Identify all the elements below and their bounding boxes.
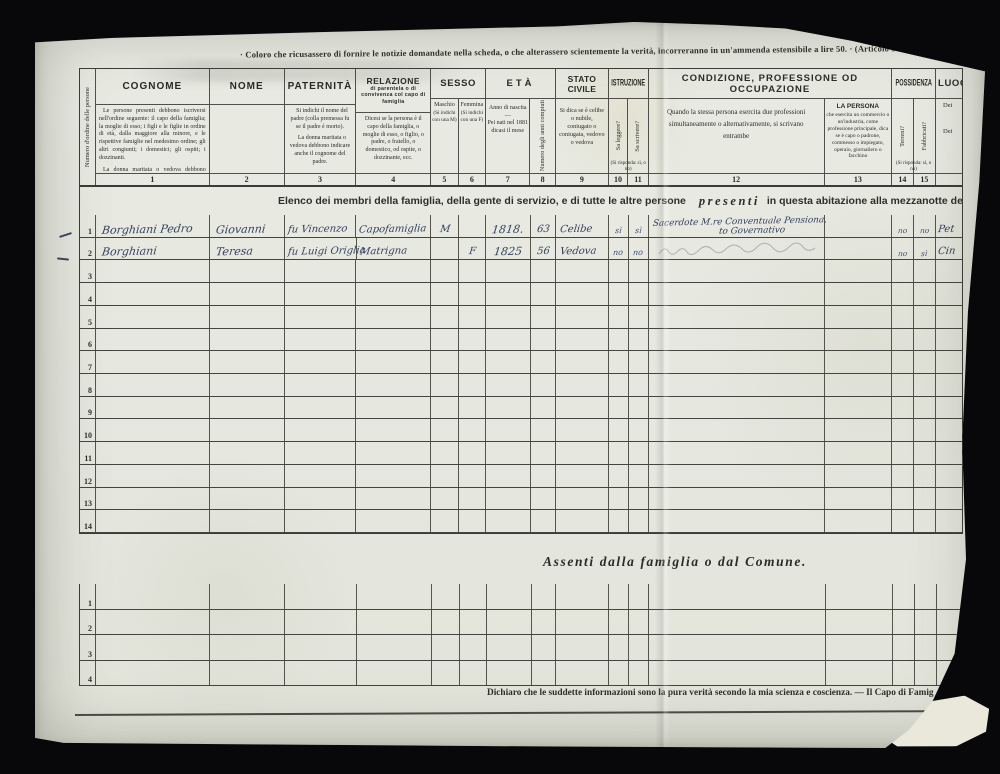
cell-fabbricati: sì — [914, 238, 936, 260]
handwritten-nome: Giovanni — [209, 223, 266, 235]
cell-terreni — [893, 610, 915, 635]
cell-cognome — [96, 610, 210, 635]
assenti-rows: 1234 — [80, 584, 963, 686]
la-persona-colnum: 13 — [825, 173, 892, 185]
row-number-cell: 1 — [80, 584, 96, 609]
cell-luogo — [936, 260, 962, 282]
cell-terreni: no — [892, 238, 914, 260]
cell-f — [460, 661, 487, 686]
cell-nome — [210, 610, 285, 635]
cell-cond — [649, 635, 826, 660]
cell-cognome — [96, 374, 210, 396]
fabbricati-label: Fabbricati? — [921, 122, 928, 150]
table-row: 3 — [80, 260, 962, 283]
cell-cognome — [96, 442, 210, 464]
cell-f — [460, 584, 487, 609]
penalty-warning-text: · Coloro che ricusassero di fornire le n… — [240, 42, 982, 59]
cell-cognome: Borghiani Pedro — [96, 215, 210, 237]
census-table: Numero d'ordine delle persone COGNOME Le… — [79, 68, 963, 534]
cell-paternita — [285, 397, 357, 419]
fabbricati-colnum: 15 — [914, 173, 935, 185]
cell-anno — [486, 351, 531, 373]
cell-nome — [210, 397, 285, 419]
cell-nome — [210, 374, 285, 396]
cell-f — [459, 442, 486, 464]
cell-persona — [825, 260, 892, 282]
handwritten-m: M — [439, 225, 450, 235]
declaration-text: Dichiaro che le suddette informazioni so… — [487, 688, 965, 698]
cell-stato — [556, 465, 609, 487]
cell-cognome — [96, 283, 210, 305]
cell-anno: 1825 — [486, 238, 531, 260]
cell-cond — [649, 510, 826, 532]
anno-nascita-l2: Pei nati nel 1881 dicasi il mese — [487, 120, 528, 135]
cell-paternita — [285, 442, 357, 464]
cell-legge: sì — [609, 215, 629, 237]
subcol-sa-leggere: Sa leggere? 10 — [609, 99, 628, 185]
cell-anni — [531, 351, 556, 373]
cell-scrive — [629, 397, 649, 419]
census-sheet-page: · Coloro che ricusassero di fornire le n… — [35, 22, 985, 748]
cell-stato — [556, 510, 609, 532]
cell-stato — [556, 374, 609, 396]
cell-nome — [210, 283, 285, 305]
cell-cognome — [96, 329, 210, 351]
cell-anni — [531, 329, 556, 351]
cell-stato — [556, 351, 609, 373]
cell-paternita — [285, 283, 357, 305]
cell-anni — [531, 488, 556, 510]
cell-fabbricati — [914, 442, 936, 464]
row-number-cell: 4 — [80, 283, 96, 305]
cell-legge — [609, 488, 629, 510]
cell-legge — [609, 661, 629, 686]
sesso-title: SESSO — [431, 69, 485, 99]
cell-persona — [825, 329, 892, 351]
cell-cond — [649, 306, 826, 328]
cell-terreni — [892, 306, 914, 328]
cell-persona — [825, 283, 892, 305]
cell-m — [431, 465, 459, 487]
stato-civile-colnum: 9 — [556, 173, 608, 185]
cell-anni — [532, 584, 557, 609]
cell-fabbricati — [915, 610, 937, 635]
cell-luogo — [936, 374, 962, 396]
cell-relazione — [356, 283, 431, 305]
relazione-colnum: 4 — [356, 173, 430, 185]
cell-m — [431, 374, 459, 396]
cell-f — [459, 488, 486, 510]
maschio-colnum: 5 — [431, 173, 457, 185]
maschio-note: (Si indichi con una M) — [432, 110, 456, 124]
cell-stato — [556, 635, 609, 660]
cell-legge — [609, 260, 629, 282]
cell-fabbricati — [914, 260, 936, 282]
cell-anni: 63 — [531, 215, 556, 237]
cell-f — [460, 635, 487, 660]
col-header-condizione: CONDIZIONE, PROFESSIONE OD OCCUPAZIONE Q… — [649, 69, 892, 185]
col-header-stato-civile: STATO CIVILE Si dica se è celibe o nubil… — [556, 69, 609, 185]
cell-m: M — [431, 215, 459, 237]
table-row: 10 — [80, 419, 962, 442]
cell-cond — [649, 374, 826, 396]
cell-anno — [486, 260, 531, 282]
paternita-desc-2: La donna maritata o vedova debbono indic… — [288, 135, 353, 166]
cognome-colnum: 1 — [96, 173, 209, 185]
cell-terreni: no — [892, 215, 914, 237]
cell-luogo: Cin — [936, 238, 962, 260]
cell-scrive — [629, 283, 649, 305]
cell-f — [459, 260, 486, 282]
cell-anno — [486, 283, 531, 305]
cell-f — [459, 329, 486, 351]
cell-relazione — [356, 488, 431, 510]
cell-fabbricati — [914, 306, 936, 328]
cell-cognome — [96, 488, 210, 510]
cell-scrive — [629, 374, 649, 396]
cell-anni — [531, 374, 556, 396]
cell-terreni — [892, 465, 914, 487]
cell-anno — [487, 635, 532, 660]
cell-legge: no — [609, 238, 629, 260]
istruzione-note: (Si risponda: sì, o no) — [609, 161, 648, 172]
subcol-sa-scrivere: Sa scrivere? 11 — [628, 99, 647, 185]
la-persona-desc: che esercita un commercio o un'industria… — [826, 112, 889, 159]
anni-compiuti-colnum: 8 — [530, 173, 555, 185]
handwritten-nome: Teresa — [209, 246, 253, 258]
cell-paternita — [285, 260, 357, 282]
cell-cognome — [96, 397, 210, 419]
cell-terreni — [892, 283, 914, 305]
cell-m — [431, 329, 459, 351]
cell-f — [459, 510, 486, 532]
cell-luogo — [937, 635, 963, 660]
relazione-desc: Dicesi se la persona è il capo della fam… — [356, 113, 430, 173]
presenti-banner: Elenco dei membri della famiglia, della … — [80, 187, 962, 215]
cell-nome — [210, 488, 285, 510]
margin-tick — [59, 232, 72, 238]
cell-luogo — [936, 397, 962, 419]
cell-relazione — [356, 329, 431, 351]
cell-anni — [532, 635, 557, 660]
cell-fabbricati — [914, 374, 936, 396]
fold-crease — [655, 22, 671, 748]
cell-luogo — [936, 419, 962, 441]
bottom-rule — [75, 710, 965, 716]
cell-persona — [825, 351, 892, 373]
cell-persona — [825, 397, 892, 419]
cell-fabbricati — [914, 465, 936, 487]
paternita-colnum: 3 — [285, 173, 356, 185]
cell-anno — [486, 397, 531, 419]
cell-m — [431, 306, 459, 328]
row-number-cell: 3 — [80, 635, 96, 660]
cell-luogo — [936, 488, 962, 510]
cell-nome — [210, 635, 285, 660]
col-header-luogo: LUOGO Dei Dei — [936, 69, 962, 185]
handwritten-cognome: Borghiani — [95, 246, 157, 258]
cell-cond — [649, 419, 826, 441]
femmina-label: Femmina — [461, 102, 484, 108]
cell-scrive — [629, 351, 649, 373]
subcol-terreni: Terreni? 14 — [892, 99, 913, 185]
cell-luogo — [936, 329, 962, 351]
row-number-cell: 9 — [80, 397, 96, 419]
cell-paternita — [285, 488, 357, 510]
cell-anni — [531, 465, 556, 487]
table-row: 4 — [80, 283, 962, 306]
table-row: 3 — [80, 635, 963, 661]
cell-relazione — [356, 442, 431, 464]
handwritten-paternita: fu Vincenzo — [284, 224, 348, 235]
cell-cognome — [96, 661, 210, 686]
cell-paternita: fu Vincenzo — [285, 215, 357, 237]
cell-stato — [556, 283, 609, 305]
row-number-cell: 2 — [80, 610, 96, 635]
cell-paternita — [285, 306, 357, 328]
cell-legge — [609, 635, 629, 660]
cell-nome — [210, 306, 285, 328]
possidenza-note: (Si risponda: sì, o no) — [892, 161, 935, 172]
cell-legge — [609, 374, 629, 396]
table-row: 12 — [80, 465, 962, 488]
cell-paternita — [285, 465, 357, 487]
cell-stato — [556, 610, 609, 635]
cell-luogo — [937, 610, 963, 635]
cell-m — [432, 661, 460, 686]
cell-nome — [210, 510, 285, 532]
cell-stato — [556, 419, 609, 441]
cell-relazione — [356, 351, 431, 373]
table-row: 13 — [80, 488, 962, 511]
cell-fabbricati — [914, 488, 936, 510]
cell-persona — [825, 488, 892, 510]
cell-f — [459, 351, 486, 373]
cell-scrive — [629, 510, 649, 532]
table-row: 4 — [80, 661, 963, 687]
anno-nascita-dash: — — [487, 113, 528, 121]
cell-stato — [556, 306, 609, 328]
cell-nome — [210, 329, 285, 351]
subcol-fabbricati: Fabbricati? 15 — [914, 99, 935, 185]
cell-scrive — [629, 610, 649, 635]
cell-m — [431, 419, 459, 441]
cell-cond — [649, 238, 826, 260]
cell-anno — [487, 661, 532, 686]
cell-relazione: Capofamiglia — [356, 215, 431, 237]
cell-anno — [486, 510, 531, 532]
handwritten-luogo: Cin — [935, 247, 956, 257]
handwritten-fabbricati: no — [919, 227, 929, 235]
cell-legge — [609, 351, 629, 373]
cell-cond — [649, 584, 826, 609]
cell-nome — [210, 419, 285, 441]
cell-paternita — [285, 661, 357, 686]
table-row: 11 — [80, 442, 962, 465]
anno-nascita-l1: Anno di nascita — [487, 105, 528, 113]
terreni-label: Terreni? — [899, 126, 906, 147]
row-number-cell: 11 — [80, 442, 96, 464]
col-header-paternita: PATERNITÀ Si indichi il nome del padre (… — [285, 69, 357, 185]
cell-nome — [210, 260, 285, 282]
table-row: 7 — [80, 351, 962, 374]
cell-scrive — [629, 419, 649, 441]
cell-stato — [556, 260, 609, 282]
cell-anni — [531, 397, 556, 419]
handwritten-scrive: sì — [634, 227, 642, 235]
cell-anno — [486, 374, 531, 396]
cell-cond — [649, 442, 826, 464]
assenti-heading: Assenti dalla famiglia o dal Comune. — [375, 554, 975, 570]
col-header-nome: NOME 2 — [210, 69, 285, 185]
cell-anno — [486, 488, 531, 510]
cell-f — [459, 419, 486, 441]
cell-persona — [825, 306, 892, 328]
cell-cond — [649, 465, 826, 487]
handwritten-fabbricati: sì — [921, 250, 928, 258]
nome-colnum: 2 — [210, 173, 284, 185]
cell-paternita: fu Luigi Origlia — [285, 238, 357, 260]
cell-scrive — [629, 329, 649, 351]
cell-relazione — [357, 610, 432, 635]
cell-anno — [486, 306, 531, 328]
cell-nome — [210, 584, 285, 609]
cell-relazione — [356, 465, 431, 487]
cell-relazione — [357, 661, 432, 686]
margin-tick — [57, 257, 69, 260]
cell-relazione — [357, 584, 432, 609]
terreni-colnum: 14 — [892, 173, 912, 185]
cell-stato: Vedova — [556, 238, 609, 260]
cell-anno — [486, 419, 531, 441]
anno-nascita-colnum: 7 — [486, 173, 529, 185]
handwritten-terreni: no — [897, 227, 907, 235]
cell-cond — [649, 351, 826, 373]
cell-anno — [486, 465, 531, 487]
cell-stato — [556, 329, 609, 351]
cell-relazione — [356, 306, 431, 328]
sa-leggere-label: Sa leggere? — [615, 121, 622, 150]
cell-persona — [826, 610, 893, 635]
banner-presenti: presenti — [699, 194, 760, 209]
cognome-title: COGNOME — [96, 69, 209, 105]
cell-scrive — [629, 584, 649, 609]
cell-anno — [487, 584, 532, 609]
cell-cond: Sacerdote M.re Conventuale Pensiona,to G… — [649, 215, 826, 237]
cell-anni — [531, 510, 556, 532]
cell-luogo — [937, 661, 963, 686]
cell-cognome — [96, 419, 210, 441]
cell-nome: Giovanni — [210, 215, 285, 237]
cell-fabbricati — [914, 419, 936, 441]
luogo-frag-2: Dei — [939, 128, 959, 136]
cell-fabbricati — [914, 397, 936, 419]
cell-scrive: no — [629, 238, 649, 260]
cell-f — [460, 610, 487, 635]
cell-terreni — [892, 442, 914, 464]
cell-luogo — [936, 306, 962, 328]
sa-scrivere-colnum: 11 — [628, 173, 647, 185]
cell-fabbricati — [914, 510, 936, 532]
cell-cond — [649, 610, 826, 635]
cell-anno: 1818. — [486, 215, 531, 237]
cell-m — [431, 260, 459, 282]
cell-nome: Teresa — [210, 238, 285, 260]
cell-persona — [825, 238, 892, 260]
cell-terreni — [892, 329, 914, 351]
subcol-maschio: Maschio (Si indichi con una M) 5 — [431, 99, 458, 185]
sa-leggere-colnum: 10 — [609, 173, 627, 185]
table-row: 9 — [80, 397, 962, 420]
cell-cognome: Borghiani — [96, 238, 210, 260]
row-number-cell: 2 — [80, 238, 96, 260]
cell-persona — [825, 215, 892, 237]
banner-post: in questa abitazione alla mezzanotte del… — [767, 195, 962, 207]
cell-persona — [826, 584, 893, 609]
presenti-rows: 1Borghiani PedroGiovannifu VincenzoCapof… — [80, 215, 962, 533]
cell-fabbricati — [914, 329, 936, 351]
cell-cognome — [96, 351, 210, 373]
cell-luogo — [936, 351, 962, 373]
handwritten-relazione: Matrigna — [356, 247, 407, 258]
sa-scrivere-label: Sa scrivere? — [634, 121, 641, 152]
cell-persona — [825, 374, 892, 396]
cell-persona — [825, 442, 892, 464]
handwritten-relazione: Capofamiglia — [356, 224, 428, 235]
cell-persona — [825, 465, 892, 487]
table-row: 5 — [80, 306, 962, 329]
handwritten-anno: 1818. — [492, 223, 525, 235]
cell-luogo — [937, 584, 963, 609]
cell-legge — [609, 283, 629, 305]
cell-legge — [609, 610, 629, 635]
cell-fabbricati — [914, 283, 936, 305]
cell-relazione — [357, 635, 432, 660]
cell-paternita — [285, 584, 357, 609]
cell-relazione — [356, 260, 431, 282]
cell-f — [459, 215, 486, 237]
cell-anni — [531, 283, 556, 305]
table-row: 8 — [80, 374, 962, 397]
handwritten-anni: 56 — [536, 247, 550, 257]
row-number-cell: 3 — [80, 260, 96, 282]
cell-paternita — [285, 510, 357, 532]
cell-persona — [825, 510, 892, 532]
cell-legge — [609, 465, 629, 487]
cell-scrive — [629, 661, 649, 686]
cell-legge — [609, 306, 629, 328]
cell-relazione — [356, 397, 431, 419]
cell-terreni — [892, 419, 914, 441]
handwritten-stato: Celibe — [555, 224, 593, 235]
cell-legge — [609, 419, 629, 441]
scanned-census-form: { "page": { "warning": "· Coloro che ric… — [0, 0, 1000, 774]
cell-anni — [531, 419, 556, 441]
cell-terreni — [893, 584, 915, 609]
cell-anno — [487, 610, 532, 635]
cell-stato — [556, 442, 609, 464]
handwritten-luogo: Pet — [935, 225, 954, 235]
row-number-cell: 1 — [80, 215, 96, 237]
cell-cond — [649, 397, 826, 419]
cell-m — [431, 442, 459, 464]
cell-f — [459, 465, 486, 487]
cell-m — [431, 283, 459, 305]
cell-stato — [556, 661, 609, 686]
handwritten-cognome: Borghiani Pedro — [95, 223, 193, 236]
cell-nome — [210, 351, 285, 373]
row-number-cell: 4 — [80, 661, 96, 686]
